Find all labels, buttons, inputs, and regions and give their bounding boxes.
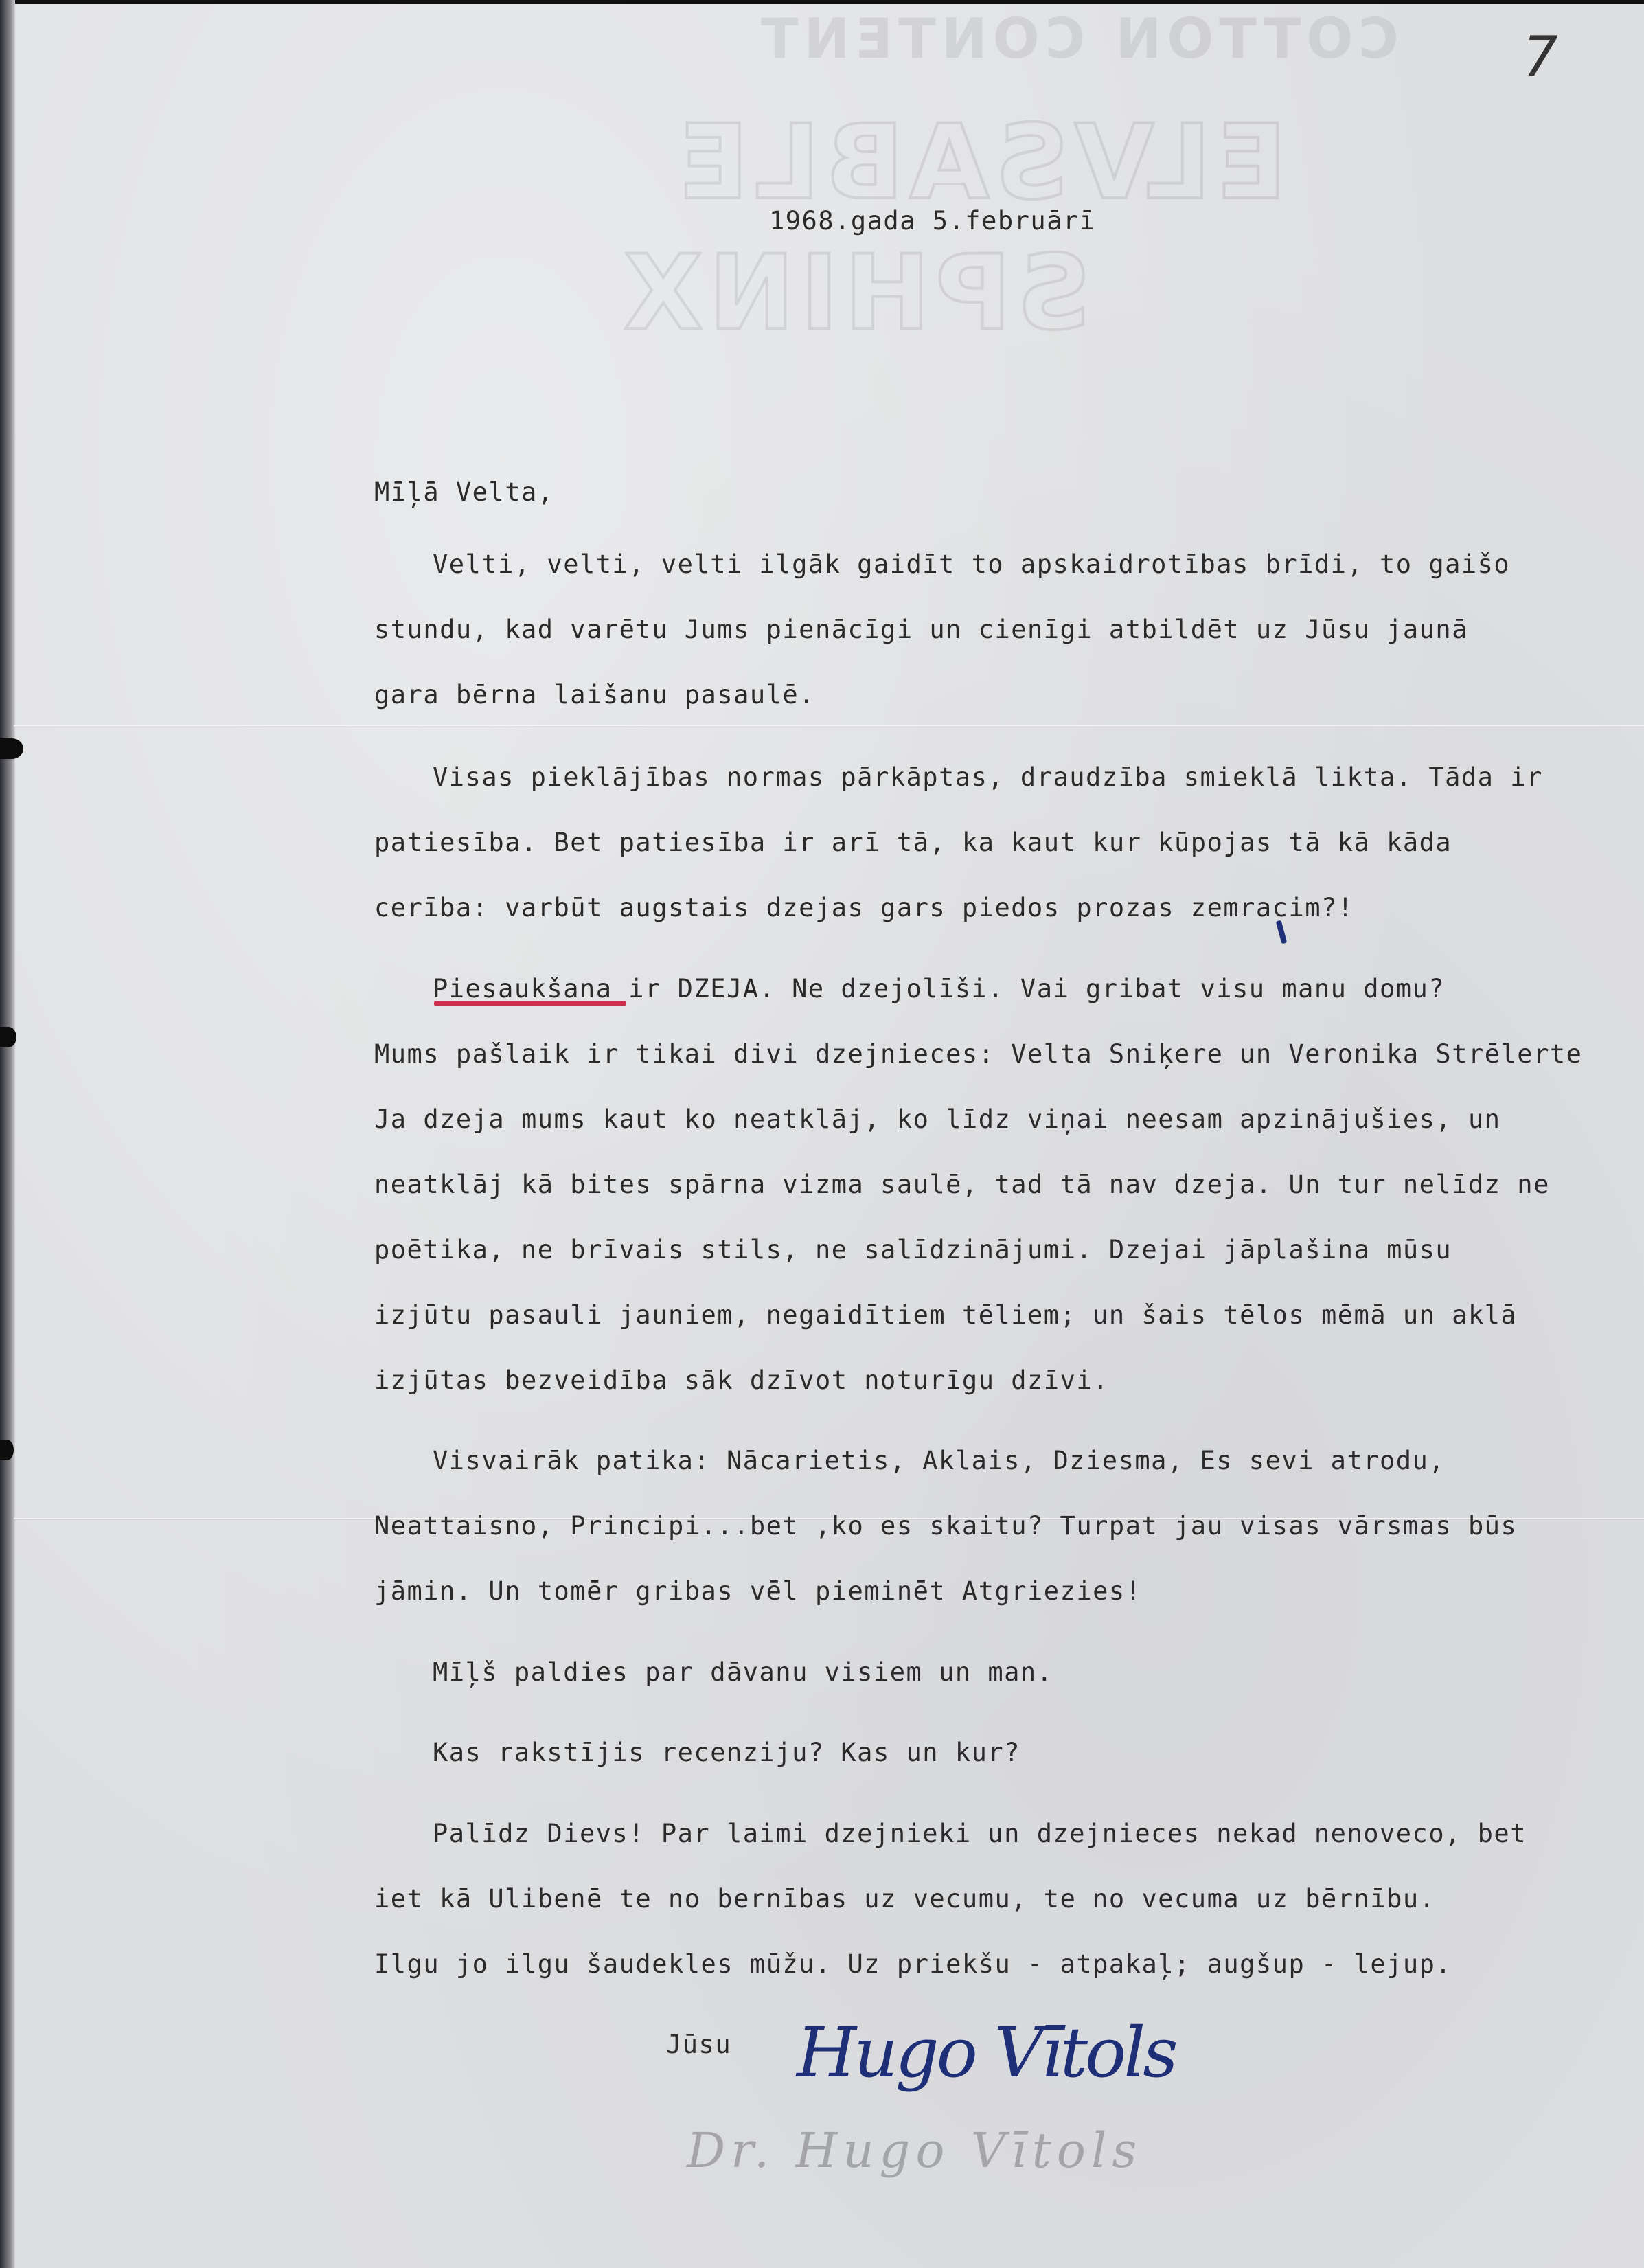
body-line: Visvairāk patika: Nācarietis, Aklais, Dz… bbox=[433, 1446, 1445, 1475]
closing: Jūsu bbox=[666, 2030, 731, 2059]
body-line: Mums pašlaik ir tikai divi dzejnieces: V… bbox=[374, 1039, 1582, 1069]
letterhead-bleed-line3: SPHINX bbox=[618, 234, 1091, 353]
page-number: 7 bbox=[1523, 25, 1558, 89]
body-line: Ja dzeja mums kaut ko neatklāj, ko līdz … bbox=[374, 1104, 1501, 1134]
body-line: jāmin. Un tomēr gribas vēl pieminēt Atgr… bbox=[374, 1576, 1141, 1606]
body-line: Mīļš paldies par dāvanu visiem un man. bbox=[433, 1657, 1053, 1687]
body-line: Visas pieklājības normas pārkāptas, drau… bbox=[433, 762, 1543, 792]
red-underline-mark bbox=[434, 1001, 626, 1006]
letter-date: 1968.gada 5.februārī bbox=[769, 206, 1096, 236]
body-line: stundu, kad varētu Jums pienācīgi un cie… bbox=[374, 615, 1468, 644]
paper-fold-upper bbox=[14, 725, 1644, 727]
body-line: Neattaisno, Principi...bet ,ko es skaitu… bbox=[374, 1511, 1517, 1541]
body-line: izjūtu pasauli jauniem, negaidītiem tēli… bbox=[374, 1300, 1517, 1330]
body-line: iet kā Ulibenē te no bernības uz vecumu,… bbox=[374, 1884, 1435, 1914]
body-line: poētika, ne brīvais stils, ne salīdzināj… bbox=[374, 1235, 1452, 1265]
body-line: Velti, velti, velti ilgāk gaidīt to apsk… bbox=[433, 549, 1510, 579]
pencil-annotation: Dr. Hugo Vītols bbox=[687, 2122, 1142, 2179]
body-line: patiesība. Bet patiesība ir arī tā, ka k… bbox=[374, 828, 1452, 857]
letterhead-bleed-line2: ELVSABLE bbox=[673, 103, 1287, 223]
salutation: Mīļā Velta, bbox=[374, 477, 554, 507]
punch-hole-upper bbox=[0, 738, 23, 759]
handwritten-signature: Hugo Vītols bbox=[797, 2012, 1176, 2093]
body-line: Piesaukšana ir DZEJA. Ne dzejolīši. Vai … bbox=[433, 974, 1445, 1003]
body-line: neatklāj kā bites spārna vizma saulē, ta… bbox=[374, 1170, 1550, 1199]
body-line: cerība: varbūt augstais dzejas gars pied… bbox=[374, 893, 1354, 922]
letterhead-bleed-line1: COTTON CONTENT bbox=[755, 7, 1399, 71]
body-line: izjūtas bezveidība sāk dzīvot noturīgu d… bbox=[374, 1365, 1109, 1395]
punch-hole-lower bbox=[0, 1440, 14, 1460]
body-line: Kas rakstījis recenziju? Kas un kur? bbox=[433, 1738, 1020, 1767]
punch-hole-middle bbox=[0, 1027, 16, 1047]
scan-left-edge bbox=[0, 0, 15, 2268]
body-line: gara bērna laišanu pasaulē. bbox=[374, 680, 815, 710]
body-line: Palīdz Dievs! Par laimi dzejnieki un dze… bbox=[433, 1819, 1527, 1848]
body-line: Ilgu jo ilgu šaudekles mūžu. Uz priekšu … bbox=[374, 1949, 1452, 1979]
